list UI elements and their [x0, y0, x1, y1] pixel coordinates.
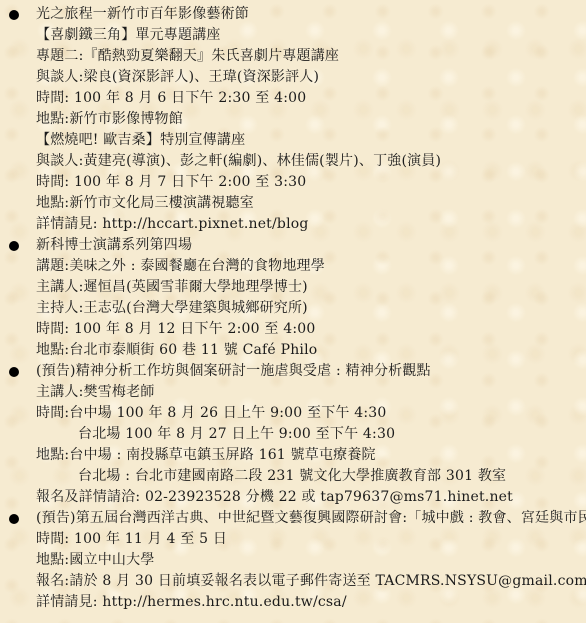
- bullet-icon: [9, 514, 19, 524]
- event-line: 【燃燒吧! 歐吉桑】特別宣傳講座: [36, 130, 586, 151]
- event-line-continuation: 台北場 : 台北市建國南路二段 231 號文化大學推廣教育部 301 教室: [36, 466, 586, 487]
- event-line: 時間: 100 年 11 月 4 至 5 日: [36, 529, 586, 550]
- bullet-icon: [9, 241, 19, 251]
- event-item: (預告)第五屆台灣西洋古典、中世紀暨文藝復興國際研討會:「城中戲 : 教會、宮廷…: [0, 508, 586, 613]
- event-line: 時間:台中場 100 年 8 月 26 日上午 9:00 至下午 4:30: [36, 403, 586, 424]
- event-line: 講題:美味之外 : 泰國餐廳在台灣的食物地理學: [36, 256, 586, 277]
- event-line-continuation: 台北場 100 年 8 月 27 日上午 9:00 至下午 4:30: [36, 424, 586, 445]
- event-line: 專題二:『酷熱勁夏樂翻天』朱氏喜劇片專題講座: [36, 46, 586, 67]
- event-line: 與談人:黃建亮(導演)、彭之軒(編劇)、林佳儒(製片)、丁強(演員): [36, 151, 586, 172]
- event-line: 主講人:遲恒昌(英國雪菲爾大學地理學博士): [36, 277, 586, 298]
- event-line: 地點:台北市泰順街 60 巷 11 號 Café Philo: [36, 340, 586, 361]
- event-line: 地點:新竹市文化局三樓演講視聽室: [36, 193, 586, 214]
- event-line: 地點:新竹市影像博物館: [36, 109, 586, 130]
- event-title: 光之旅程一新竹市百年影像藝術節: [36, 4, 586, 25]
- event-item: (預告)精神分析工作坊與個案研討一施虐與受虐 : 精神分析觀點 主講人:樊雪梅老…: [0, 361, 586, 508]
- announcement-document: 光之旅程一新竹市百年影像藝術節 【喜劇鐵三角】單元專題講座 專題二:『酷熱勁夏樂…: [0, 0, 586, 613]
- event-line: 時間: 100 年 8 月 7 日下午 2:00 至 3:30: [36, 172, 586, 193]
- event-title: (預告)精神分析工作坊與個案研討一施虐與受虐 : 精神分析觀點: [36, 361, 586, 382]
- event-lines: 光之旅程一新竹市百年影像藝術節 【喜劇鐵三角】單元專題講座 專題二:『酷熱勁夏樂…: [36, 4, 586, 235]
- event-link-line: 詳情請見: http://hccart.pixnet.net/blog: [36, 214, 586, 235]
- event-item: 新科博士演講系列第四場 講題:美味之外 : 泰國餐廳在台灣的食物地理學 主講人:…: [0, 235, 586, 361]
- event-lines: 新科博士演講系列第四場 講題:美味之外 : 泰國餐廳在台灣的食物地理學 主講人:…: [36, 235, 586, 361]
- event-title: 新科博士演講系列第四場: [36, 235, 586, 256]
- event-contact-line: 報名及詳情請洽: 02-23923528 分機 22 或 tap79637@ms…: [36, 487, 586, 508]
- bullet-icon: [9, 10, 19, 20]
- event-line: 地點:台中場 : 南投縣草屯鎮玉屏路 161 號草屯療養院: [36, 445, 586, 466]
- event-lines: (預告)第五屆台灣西洋古典、中世紀暨文藝復興國際研討會:「城中戲 : 教會、宮廷…: [36, 508, 586, 613]
- event-line: 時間: 100 年 8 月 6 日下午 2:30 至 4:00: [36, 88, 586, 109]
- event-line: 與談人:梁良(資深影評人)、王瑋(資深影評人): [36, 67, 586, 88]
- event-line: 地點:國立中山大學: [36, 550, 586, 571]
- event-link-line: 詳情請見: http://hermes.hrc.ntu.edu.tw/csa/: [36, 592, 586, 613]
- event-item: 光之旅程一新竹市百年影像藝術節 【喜劇鐵三角】單元專題講座 專題二:『酷熱勁夏樂…: [0, 4, 586, 235]
- event-line: 時間: 100 年 8 月 12 日下午 2:00 至 4:00: [36, 319, 586, 340]
- event-line: 報名:請於 8 月 30 日前填妥報名表以電子郵件寄送至 TACMRS.NSYS…: [36, 571, 586, 592]
- event-line: 【喜劇鐵三角】單元專題講座: [36, 25, 586, 46]
- event-lines: (預告)精神分析工作坊與個案研討一施虐與受虐 : 精神分析觀點 主講人:樊雪梅老…: [36, 361, 586, 508]
- event-title: (預告)第五屆台灣西洋古典、中世紀暨文藝復興國際研討會:「城中戲 : 教會、宮廷…: [36, 508, 586, 529]
- event-line: 主講人:樊雪梅老師: [36, 382, 586, 403]
- bullet-icon: [9, 367, 19, 377]
- event-line: 主持人:王志弘(台灣大學建築與城鄉研究所): [36, 298, 586, 319]
